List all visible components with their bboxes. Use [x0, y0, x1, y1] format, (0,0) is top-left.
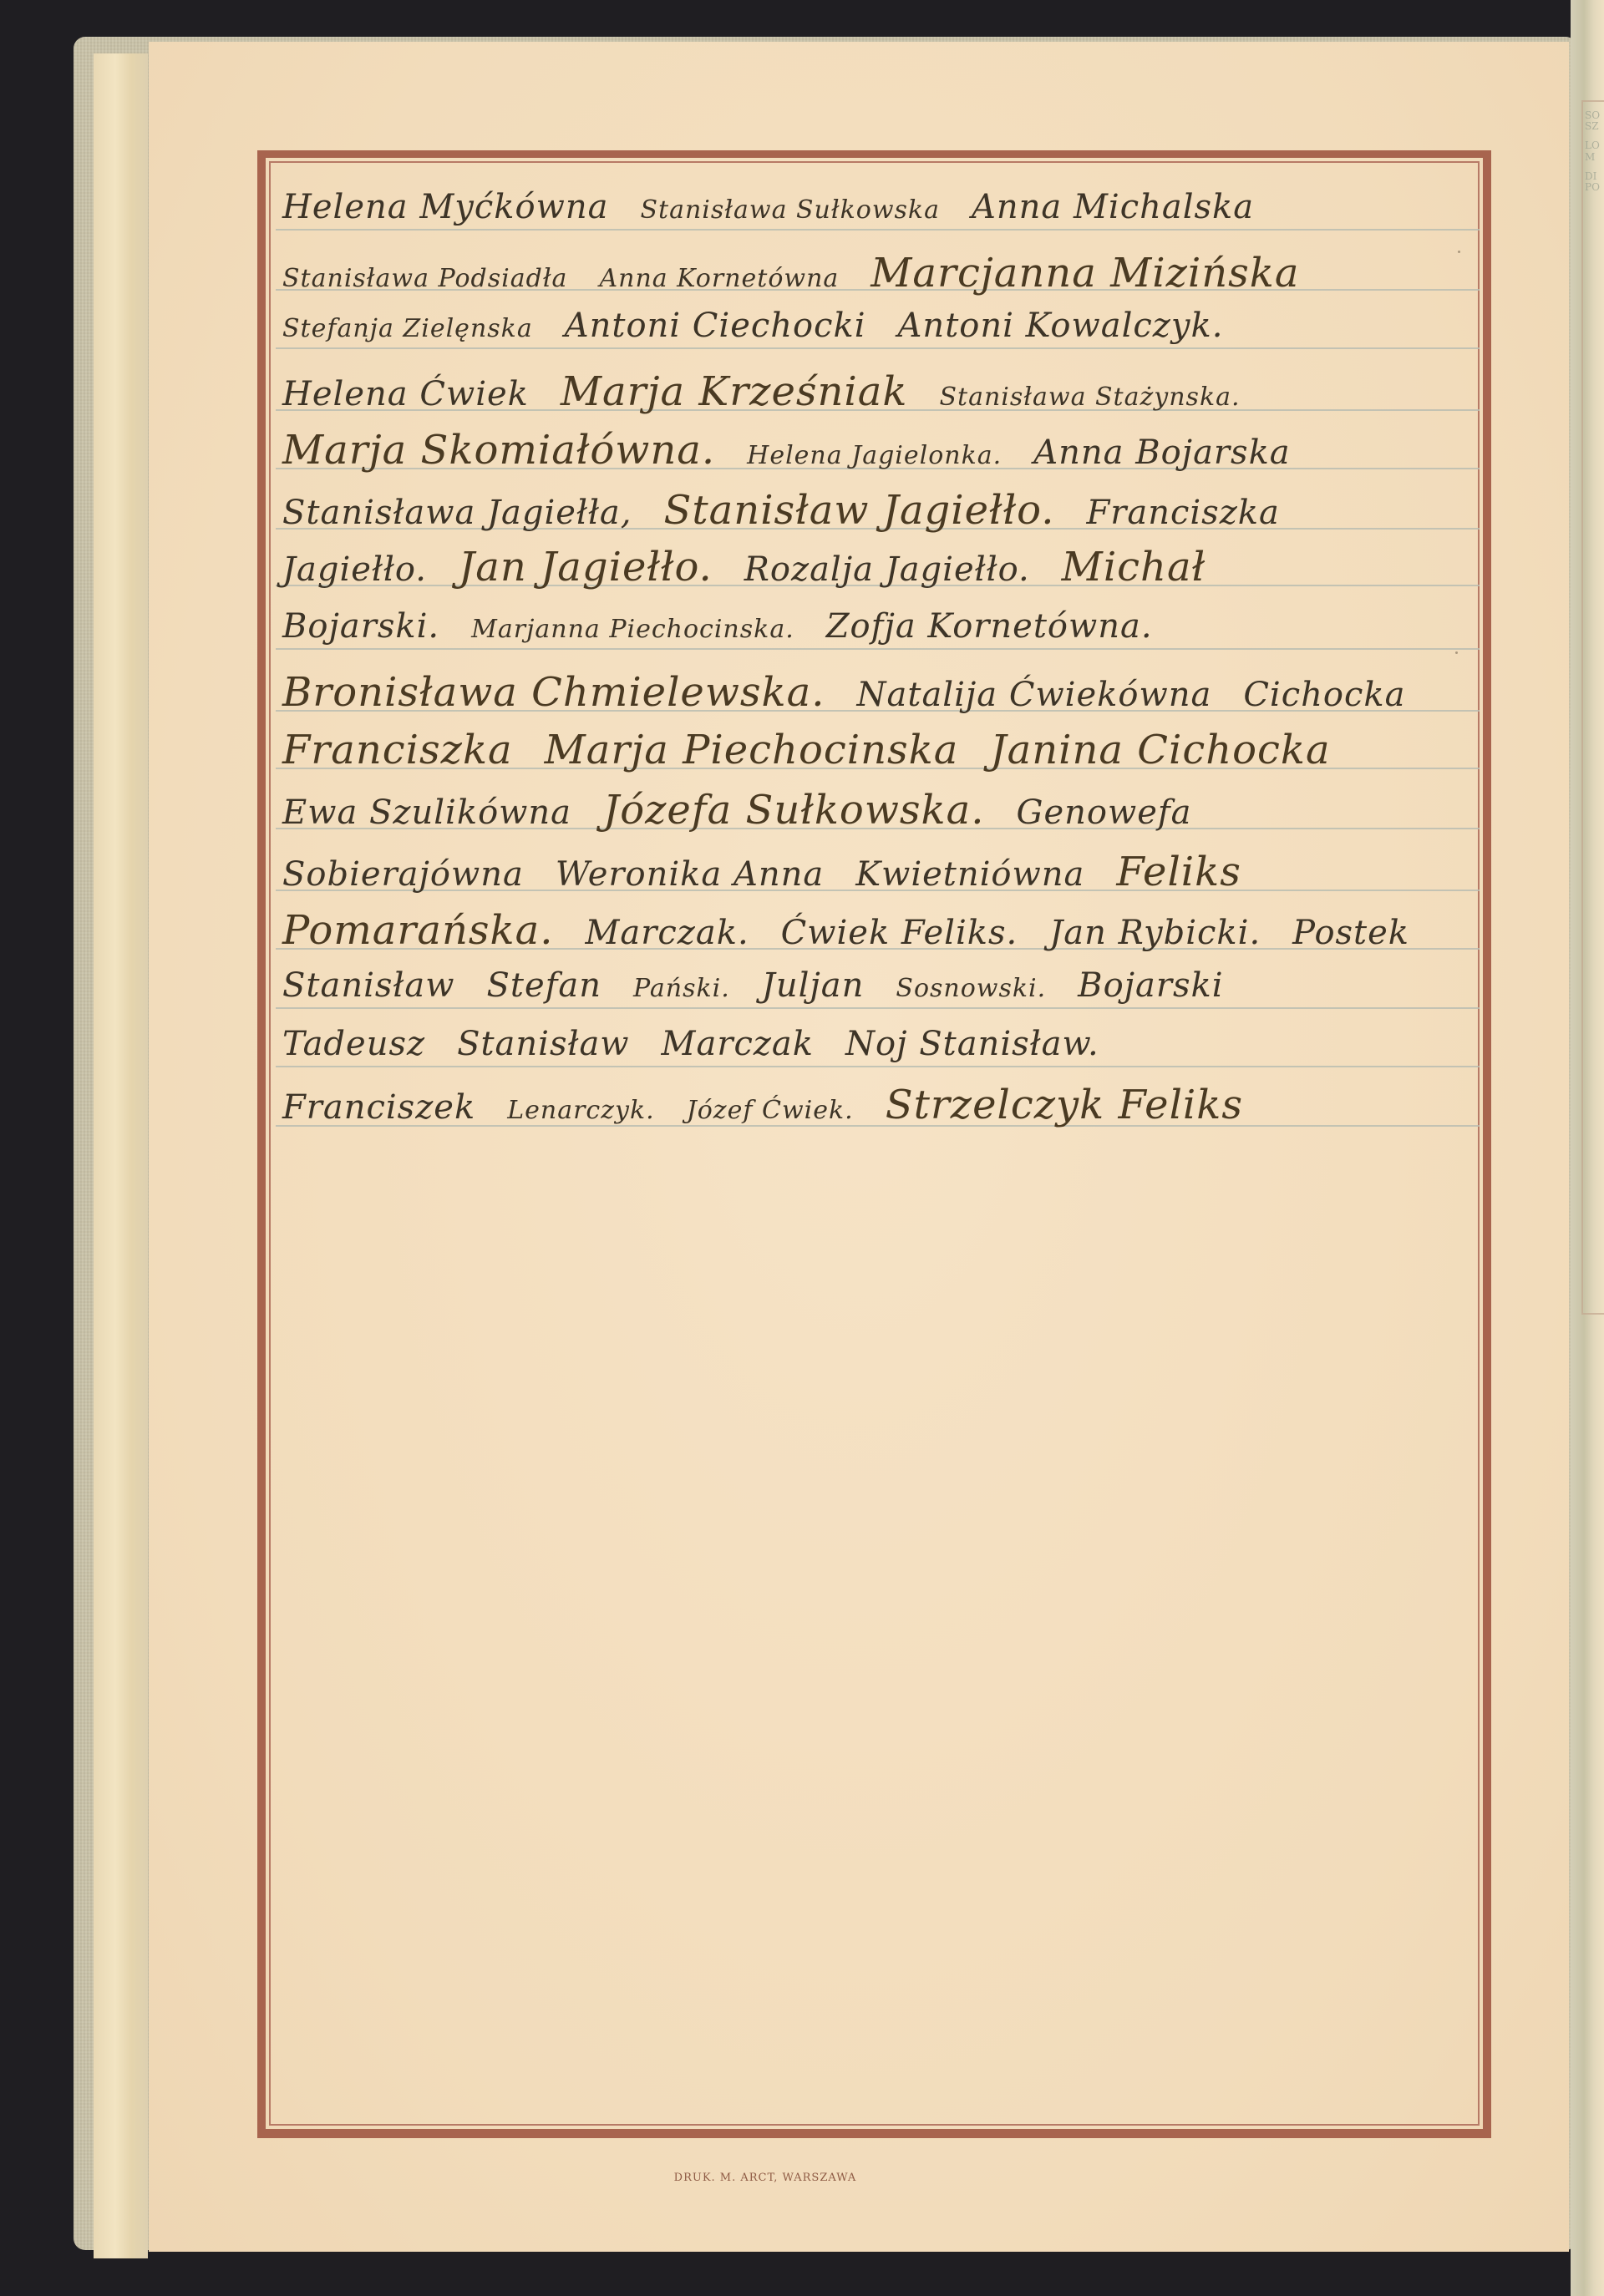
- entry-name: Postek: [1292, 914, 1409, 952]
- register-line-2: Stanisława Podsiadła Anna Kornetówna Mar…: [282, 250, 1475, 297]
- entry-name: Jan Jagiełło.: [459, 544, 713, 590]
- register-line-8: Bojarski. Marjanna Piechocinska. Zofja K…: [282, 607, 1475, 646]
- ruled-line: [276, 347, 1480, 349]
- page-edges: [94, 53, 148, 2258]
- ruled-line: [276, 1066, 1480, 1067]
- entry-name: Stefanja Zielęnska: [282, 314, 533, 343]
- entry-name: Anna Kornetówna: [599, 264, 839, 293]
- entry-name: Lenarczyk.: [507, 1096, 655, 1125]
- entry-name: Bojarski: [1078, 966, 1223, 1005]
- entry-name: Marcjanna Mizińska: [871, 250, 1299, 297]
- register-line-15: Tadeusz Stanisław Marczak Noj Stanisław.: [282, 1025, 1475, 1063]
- entry-name: Helena Myćkówna: [282, 188, 608, 226]
- entry-name: Józef Ćwiek.: [687, 1096, 854, 1125]
- entry-name: Ćwiek Feliks.: [781, 914, 1018, 952]
- next-page-ornament: SO SZ LO M DI PO: [1581, 100, 1604, 1315]
- entry-name: Bojarski.: [282, 607, 439, 646]
- entry-name: Józefa Sułkowska.: [603, 787, 985, 834]
- entry-name: Marczak: [662, 1025, 815, 1063]
- page-border-frame: Helena Myćkówna Stanisława Sułkowska Ann…: [257, 150, 1491, 2138]
- entry-name: Franciszek: [282, 1088, 475, 1127]
- entry-name: Stanisława Stażynska.: [939, 383, 1240, 412]
- entry-name: Stanisław Jagiełło.: [663, 487, 1054, 534]
- entry-name: Marja Piechocinska: [545, 727, 959, 773]
- next-page-text: LO M: [1585, 140, 1604, 162]
- entry-name: Rozalja Jagiełło.: [744, 550, 1030, 589]
- entry-name: Antoni Kowalczyk.: [898, 307, 1224, 345]
- register-line-4: Helena Ćwiek Marja Krześniak Stanisława …: [282, 368, 1475, 415]
- entry-name: Stanisława Jagiełła,: [282, 494, 632, 532]
- entry-name: Stanisława Podsiadła: [282, 264, 567, 293]
- entry-name: Marczak.: [585, 914, 749, 952]
- entry-name: Sobierajówna: [282, 855, 524, 894]
- entry-name: Anna Bojarska: [1033, 433, 1290, 472]
- entry-name: Genowefa: [1017, 793, 1192, 832]
- ruled-line: [276, 229, 1480, 231]
- entry-name: Marja Krześniak: [561, 368, 908, 415]
- entry-name: Kwietniówna: [855, 855, 1084, 894]
- register-line-14: Stanisław Stefan Pański. Juljan Sosnowsk…: [282, 966, 1475, 1005]
- entry-name: Stanisława Sułkowska: [640, 195, 940, 225]
- entry-name: Helena Jagielonka.: [747, 441, 1002, 470]
- paper-speck: [1458, 251, 1460, 253]
- entry-name: Marja Skomiałówna.: [282, 427, 715, 474]
- register-line-9: Bronisława Chmielewska. Natalija Ćwieków…: [282, 669, 1475, 716]
- entry-name: Franciszka: [282, 727, 513, 773]
- entry-name: Noj Stanisław.: [845, 1025, 1099, 1063]
- entry-name: Strzelczyk Feliks: [886, 1082, 1243, 1128]
- printer-imprint-text: DRUK. M. ARCT, WARSZAWA: [674, 2172, 857, 2184]
- register-line-10: Franciszka Marja Piechocinska Janina Cic…: [282, 727, 1475, 773]
- register-line-6: Stanisława Jagiełła, Stanisław Jagiełło.…: [282, 487, 1475, 534]
- entry-name: Marjanna Piechocinska.: [471, 615, 794, 644]
- register-line-13: Pomarańska. Marczak. Ćwiek Feliks. Jan R…: [282, 907, 1475, 954]
- entry-name: Weronika Anna: [556, 855, 824, 894]
- register-line-11: Ewa Szulikówna Józefa Sułkowska. Genowef…: [282, 787, 1475, 834]
- register-line-7: Jagiełło. Jan Jagiełło. Rozalja Jagiełło…: [282, 544, 1475, 590]
- ruled-line: [276, 1007, 1480, 1009]
- entry-name: Feliks: [1116, 849, 1241, 895]
- register-line-3: Stefanja Zielęnska Antoni Ciechocki Anto…: [282, 307, 1475, 345]
- entry-name: Juljan: [762, 966, 865, 1005]
- entry-name: Pański.: [633, 974, 730, 1003]
- register-line-1: Helena Myćkówna Stanisława Sułkowska Ann…: [282, 188, 1475, 226]
- entry-name: Janina Cichocka: [990, 727, 1330, 773]
- entry-name: Anna Michalska: [972, 188, 1254, 226]
- paper-speck: [1455, 651, 1458, 654]
- register-line-5: Marja Skomiałówna. Helena Jagielonka. An…: [282, 427, 1475, 474]
- ruled-line: [276, 648, 1480, 650]
- entry-name: Helena Ćwiek: [282, 375, 529, 413]
- entry-name: Zofja Kornetówna.: [826, 607, 1153, 646]
- entry-name: Bronisława Chmielewska.: [282, 669, 825, 716]
- printer-imprint: DRUK. M. ARCT, WARSZAWA: [0, 2172, 1604, 2184]
- entry-name: Stanisław: [282, 966, 454, 1005]
- register-line-16: Franciszek Lenarczyk. Józef Ćwiek. Strze…: [282, 1082, 1475, 1128]
- next-page-text: SO SZ: [1585, 110, 1604, 132]
- entry-name: Tadeusz: [282, 1025, 425, 1063]
- entry-name: Jagiełło.: [282, 550, 427, 589]
- entry-name: Stanisław: [457, 1025, 629, 1063]
- entry-name: Michał: [1062, 544, 1206, 590]
- entry-name: Cichocka: [1243, 676, 1405, 714]
- entry-name: Antoni Ciechocki: [565, 307, 866, 345]
- entry-name: Franciszka: [1086, 494, 1279, 532]
- entry-name: Stefan: [486, 966, 601, 1005]
- entry-name: Jan Rybicki.: [1049, 914, 1261, 952]
- entry-name: Ewa Szulikówna: [282, 793, 571, 832]
- next-page-text: DI PO: [1585, 171, 1604, 193]
- entry-name: Pomarańska.: [282, 907, 553, 954]
- entry-name: Natalija Ćwiekówna: [857, 676, 1212, 714]
- register-line-12: Sobierajówna Weronika Anna Kwietniówna F…: [282, 849, 1475, 895]
- entry-name: Sosnowski.: [896, 974, 1046, 1003]
